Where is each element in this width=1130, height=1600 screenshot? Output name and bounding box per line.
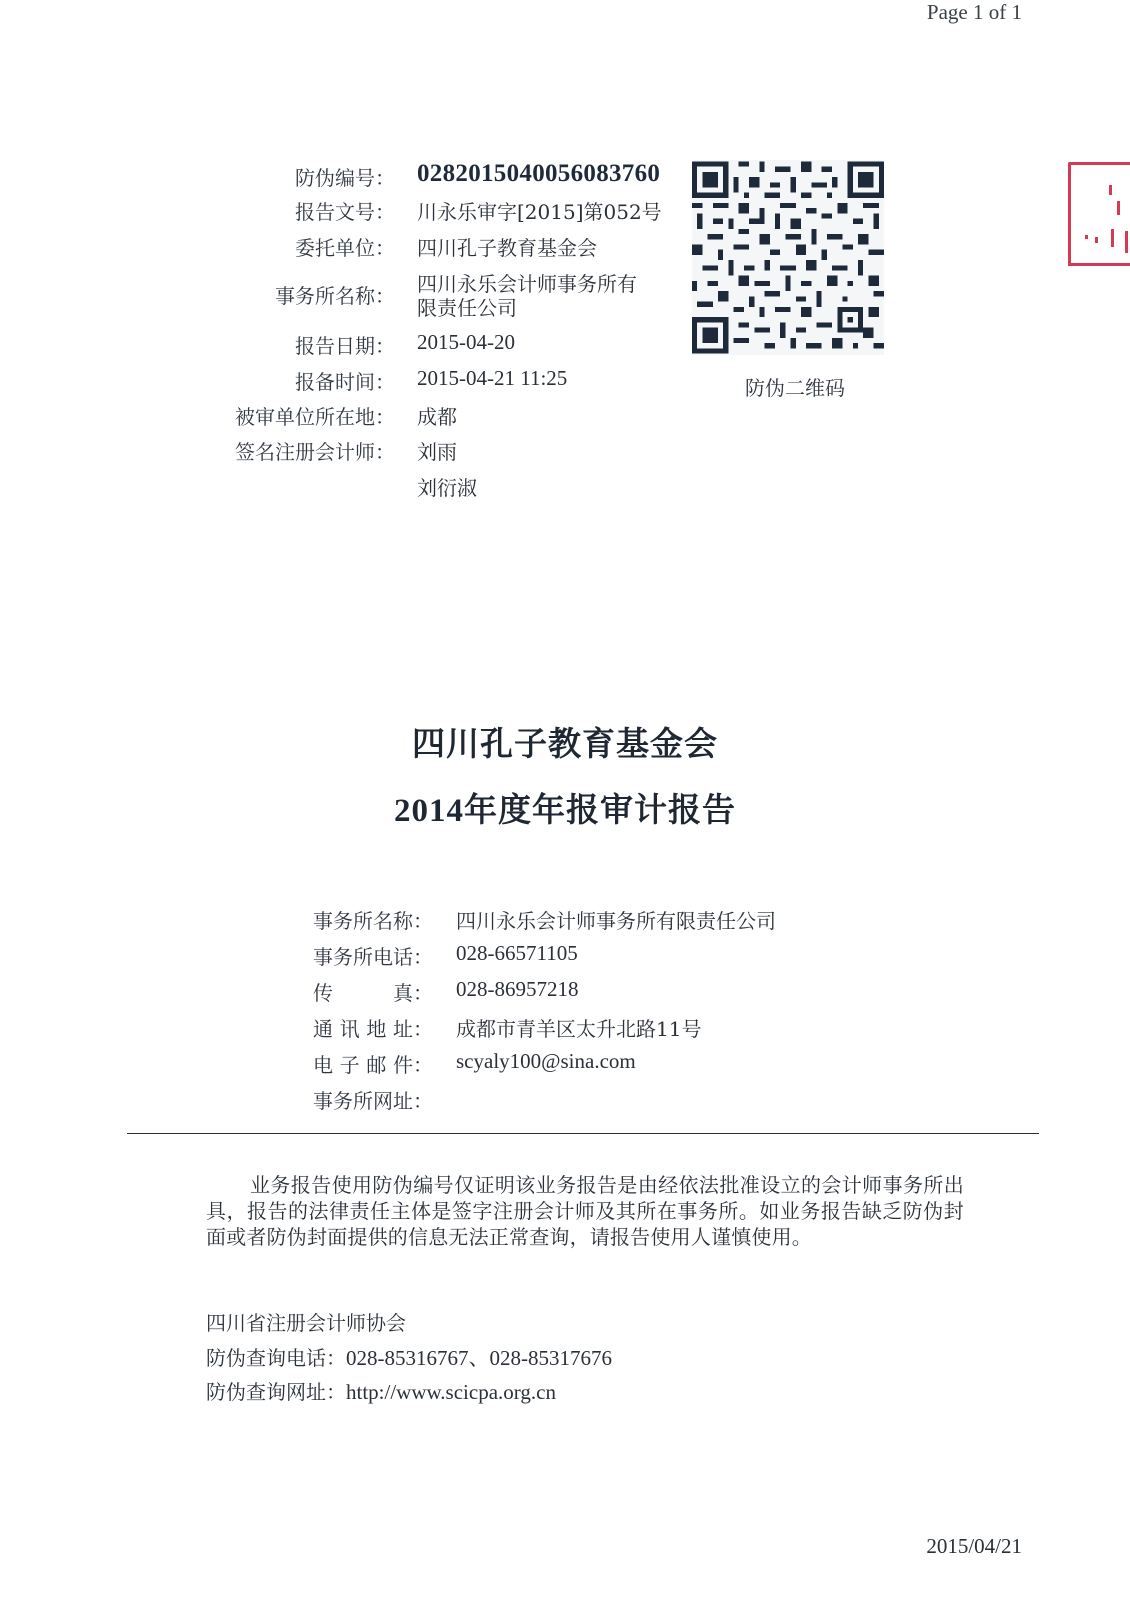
firm-address: 成都市青羊区太升北路11号: [456, 1013, 701, 1042]
title-rest: 年度年报审计报告: [464, 790, 736, 829]
meta-label: 报告日期：: [0, 330, 395, 359]
firm-label: 通 讯 地 址：: [313, 1013, 433, 1042]
meta-label: 防伪编号：: [0, 162, 395, 191]
report-date: 2015-04-20: [417, 330, 515, 355]
meta-row-filing-time: 报备时间： 2015-04-21 11:25: [0, 366, 700, 400]
meta-label: 委托单位：: [0, 232, 395, 261]
anti-counterfeit-notice: 业务报告使用防伪编号仅证明该业务报告是由经依法批准设立的会计师事务所出具，报告的…: [206, 1172, 964, 1250]
label-char: 真：: [393, 977, 433, 1006]
firm-label: 事务所网址：: [313, 1085, 438, 1114]
label-char: 电: [313, 1049, 333, 1078]
firm-name-line2: 限责任公司: [417, 292, 517, 321]
meta-row-serial: 防伪编号： 0282015040056083760: [0, 160, 700, 194]
label-char: 邮: [366, 1049, 386, 1078]
firm-label: 电 子 邮 件：: [313, 1049, 433, 1078]
label-char: 址：: [393, 1013, 433, 1042]
association-phone: 防伪查询电话：028-85316767、028-85317676: [206, 1342, 612, 1372]
meta-label: 报备时间：: [0, 366, 395, 395]
firm-label: 事务所电话：: [313, 941, 438, 970]
url-label: 防伪查询网址：: [206, 1380, 346, 1404]
stamp-mark: [1125, 231, 1128, 253]
qr-code-icon: [692, 160, 884, 355]
firm-label: 事务所名称：: [313, 905, 438, 934]
firm-label: 传 真：: [313, 977, 433, 1006]
firm-email: scyaly100@sina.com: [456, 1049, 636, 1074]
url-value[interactable]: http://www.scicpa.org.cn: [346, 1380, 556, 1404]
qr-caption: 防伪二维码: [745, 372, 845, 401]
horizontal-divider: [127, 1133, 1039, 1134]
stamp-mark: [1085, 235, 1088, 239]
label-char: 传: [313, 977, 333, 1006]
stamp-mark: [1095, 237, 1098, 243]
stamp-mark: [1111, 229, 1114, 247]
label-char: 通: [313, 1013, 333, 1042]
phone-value: 028-85316767、028-85317676: [346, 1346, 612, 1370]
serial-number: 0282015040056083760: [417, 160, 660, 188]
page-footer-date: 2015/04/21: [926, 1534, 1022, 1559]
stamp-mark: [1109, 185, 1112, 195]
document-title-org: 四川孔子教育基金会: [0, 718, 1130, 765]
label-char: 地: [366, 1013, 386, 1042]
meta-label: 签名注册会计师：: [0, 436, 395, 465]
association-url: 防伪查询网址：http://www.scicpa.org.cn: [206, 1376, 556, 1405]
firm-name: 四川永乐会计师事务所有限责任公司: [456, 905, 776, 934]
cpa-name-2: 刘衍淑: [417, 472, 477, 501]
meta-label: 报告文号：: [0, 196, 395, 225]
label-char: 子: [340, 1049, 360, 1078]
audited-location: 成都: [417, 401, 457, 430]
phone-label: 防伪查询电话：: [206, 1346, 346, 1370]
association-name: 四川省注册会计师协会: [206, 1307, 406, 1336]
page-header: Page 1 of 1: [927, 0, 1022, 25]
cpa-name-1: 刘雨: [417, 436, 457, 465]
meta-row-report-number: 报告文号： 川永乐审字[2015]第052号: [0, 196, 700, 230]
meta-row-firm-name: 事务所名称： 四川永乐会计师事务所有 限责任公司: [0, 268, 700, 324]
meta-row-cpas: 签名注册会计师： 刘雨 刘衍淑: [0, 436, 700, 506]
report-number: 川永乐审字[2015]第052号: [417, 196, 662, 225]
document-title-report: 2014年度年报审计报告: [0, 784, 1130, 831]
client-name: 四川孔子教育基金会: [417, 232, 597, 261]
red-seal-stamp: [1068, 162, 1130, 266]
meta-label: 被审单位所在地：: [0, 401, 395, 430]
filing-time: 2015-04-21 11:25: [417, 366, 567, 391]
firm-phone: 028-66571105: [456, 941, 578, 966]
meta-row-location: 被审单位所在地： 成都: [0, 401, 700, 435]
label-char: 讯: [340, 1013, 360, 1042]
label-char: 件：: [393, 1049, 433, 1078]
meta-row-client: 委托单位： 四川孔子教育基金会: [0, 232, 700, 266]
anti-counterfeit-qr-code: [692, 160, 884, 355]
stamp-mark: [1117, 201, 1120, 215]
firm-fax: 028-86957218: [456, 977, 579, 1002]
meta-label: 事务所名称：: [0, 280, 395, 309]
stamp-bottom-edge: [1068, 263, 1130, 266]
title-year: 2014: [394, 793, 464, 829]
meta-row-report-date: 报告日期： 2015-04-20: [0, 330, 700, 364]
